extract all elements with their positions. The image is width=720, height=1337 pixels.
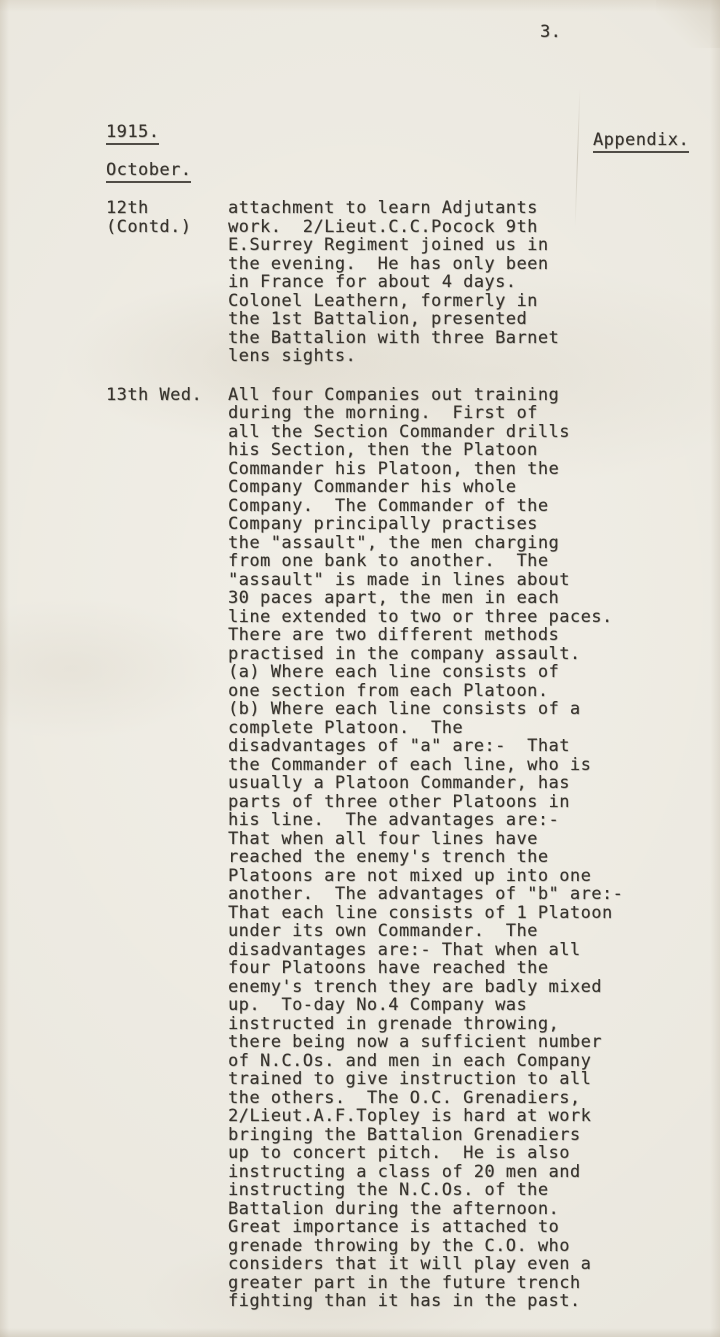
entry-text-line: considers that it will play even a [228,1255,686,1274]
entry-date-line: 13th Wed. [106,386,228,405]
diary-entry: 12th(Contd.)attachment to learn Adjutant… [106,199,686,366]
entry-text-line: in France for about 4 days. [228,273,686,292]
entry-text-line: the others. The O.C. Grenadiers, [228,1089,686,1108]
entry-text-line: "assault" is made in lines about [228,571,686,590]
entry-text-line: Colonel Leathern, formerly in [228,292,686,311]
entry-text-line: of N.C.Os. and men in each Company [228,1052,686,1071]
entry-text-line: Battalion during the afternoon. [228,1200,686,1219]
entry-text-line: usually a Platoon Commander, has [228,774,686,793]
month-heading: October. [106,161,191,183]
entry-date-line: 12th [106,199,228,218]
entry-text-line: during the morning. First of [228,404,686,423]
entry-text-line: under its own Commander. The [228,922,686,941]
entry-text-line: from one bank to another. The [228,552,686,571]
entry-text-line: the Commander of each line, who is [228,756,686,775]
entry-text-line: the evening. He has only been [228,255,686,274]
diary-entries: 12th(Contd.)attachment to learn Adjutant… [106,199,686,1331]
entry-text-line: E.Surrey Regiment joined us in [228,236,686,255]
entry-text-line: bringing the Battalion Grenadiers [228,1126,686,1145]
entry-text-line: enemy's trench they are badly mixed [228,978,686,997]
entry-text-line: there being now a sufficient number [228,1033,686,1052]
entry-text-line: There are two different methods [228,626,686,645]
entry-text-line: all the Section Commander drills [228,423,686,442]
entry-text-line: greater part in the future trench [228,1274,686,1293]
entry-text-line: his line. The advantages are:- [228,811,686,830]
entry-text-line: complete Platoon. The [228,719,686,738]
entry-date-column: 13th Wed. [106,386,228,1311]
entry-text-line: Commander his Platoon, then the [228,460,686,479]
paper-corner-fold [656,0,720,48]
entry-text-line: another. The advantages of "b" are:- [228,885,686,904]
entry-date-column: 12th(Contd.) [106,199,228,366]
entry-text-line: disadvantages of "a" are:- That [228,737,686,756]
entry-text-line: up. To-day No.4 Company was [228,996,686,1015]
entry-text-line: Great importance is attached to [228,1218,686,1237]
entry-text-line: Company Commander his whole [228,478,686,497]
entry-text-line: fighting than it has in the past. [228,1292,686,1311]
entry-text-line: practised in the company assault. [228,645,686,664]
entry-text-line: (a) Where each line consists of [228,663,686,682]
entry-text-line: 2/Lieut.A.F.Topley is hard at work [228,1107,686,1126]
entry-text-line: 30 paces apart, the men in each [228,589,686,608]
entry-text-line: lens sights. [228,347,686,366]
entry-body-column: attachment to learn Adjutantswork. 2/Lie… [228,199,686,366]
entry-text-line: the "assault", the men charging [228,534,686,553]
entry-text-line: Company principally practises [228,515,686,534]
entry-text-line: (b) Where each line consists of a [228,700,686,719]
entry-body-column: All four Companies out trainingduring th… [228,386,686,1311]
entry-text-line: the Battalion with three Barnet [228,329,686,348]
entry-date-line: (Contd.) [106,218,228,237]
page-number: 3. [540,22,561,42]
entry-text-line: All four Companies out training [228,386,686,405]
entry-text-line: four Platoons have reached the [228,959,686,978]
entry-text-line: trained to give instruction to all [228,1070,686,1089]
entry-text-line: instructing the N.C.Os. of the [228,1181,686,1200]
entry-text-line: Platoons are not mixed up into one [228,867,686,886]
entry-text-line: That when all four lines have [228,830,686,849]
entry-text-line: disadvantages are:- That when all [228,941,686,960]
document-page: 3. 1915. Appendix. October. 12th(Contd.)… [0,0,720,1337]
diary-entry: 13th Wed.All four Companies out training… [106,386,686,1311]
entry-text-line: instructed in grenade throwing, [228,1015,686,1034]
entry-text-line: instructing a class of 20 men and [228,1163,686,1182]
appendix-heading: Appendix. [593,131,689,153]
entry-text-line: his Section, then the Platoon [228,441,686,460]
entry-text-line: attachment to learn Adjutants [228,199,686,218]
entry-text-line: up to concert pitch. He is also [228,1144,686,1163]
entry-text-line: Company. The Commander of the [228,497,686,516]
entry-text-line: work. 2/Lieut.C.C.Pocock 9th [228,218,686,237]
entry-text-line: one section from each Platoon. [228,682,686,701]
entry-text-line: reached the enemy's trench the [228,848,686,867]
entry-text-line: line extended to two or three paces. [228,608,686,627]
entry-text-line: That each line consists of 1 Platoon [228,904,686,923]
entry-text-line: the 1st Battalion, presented [228,310,686,329]
entry-text-line: grenade throwing by the C.O. who [228,1237,686,1256]
year-heading: 1915. [106,123,159,145]
entry-text-line: parts of three other Platoons in [228,793,686,812]
